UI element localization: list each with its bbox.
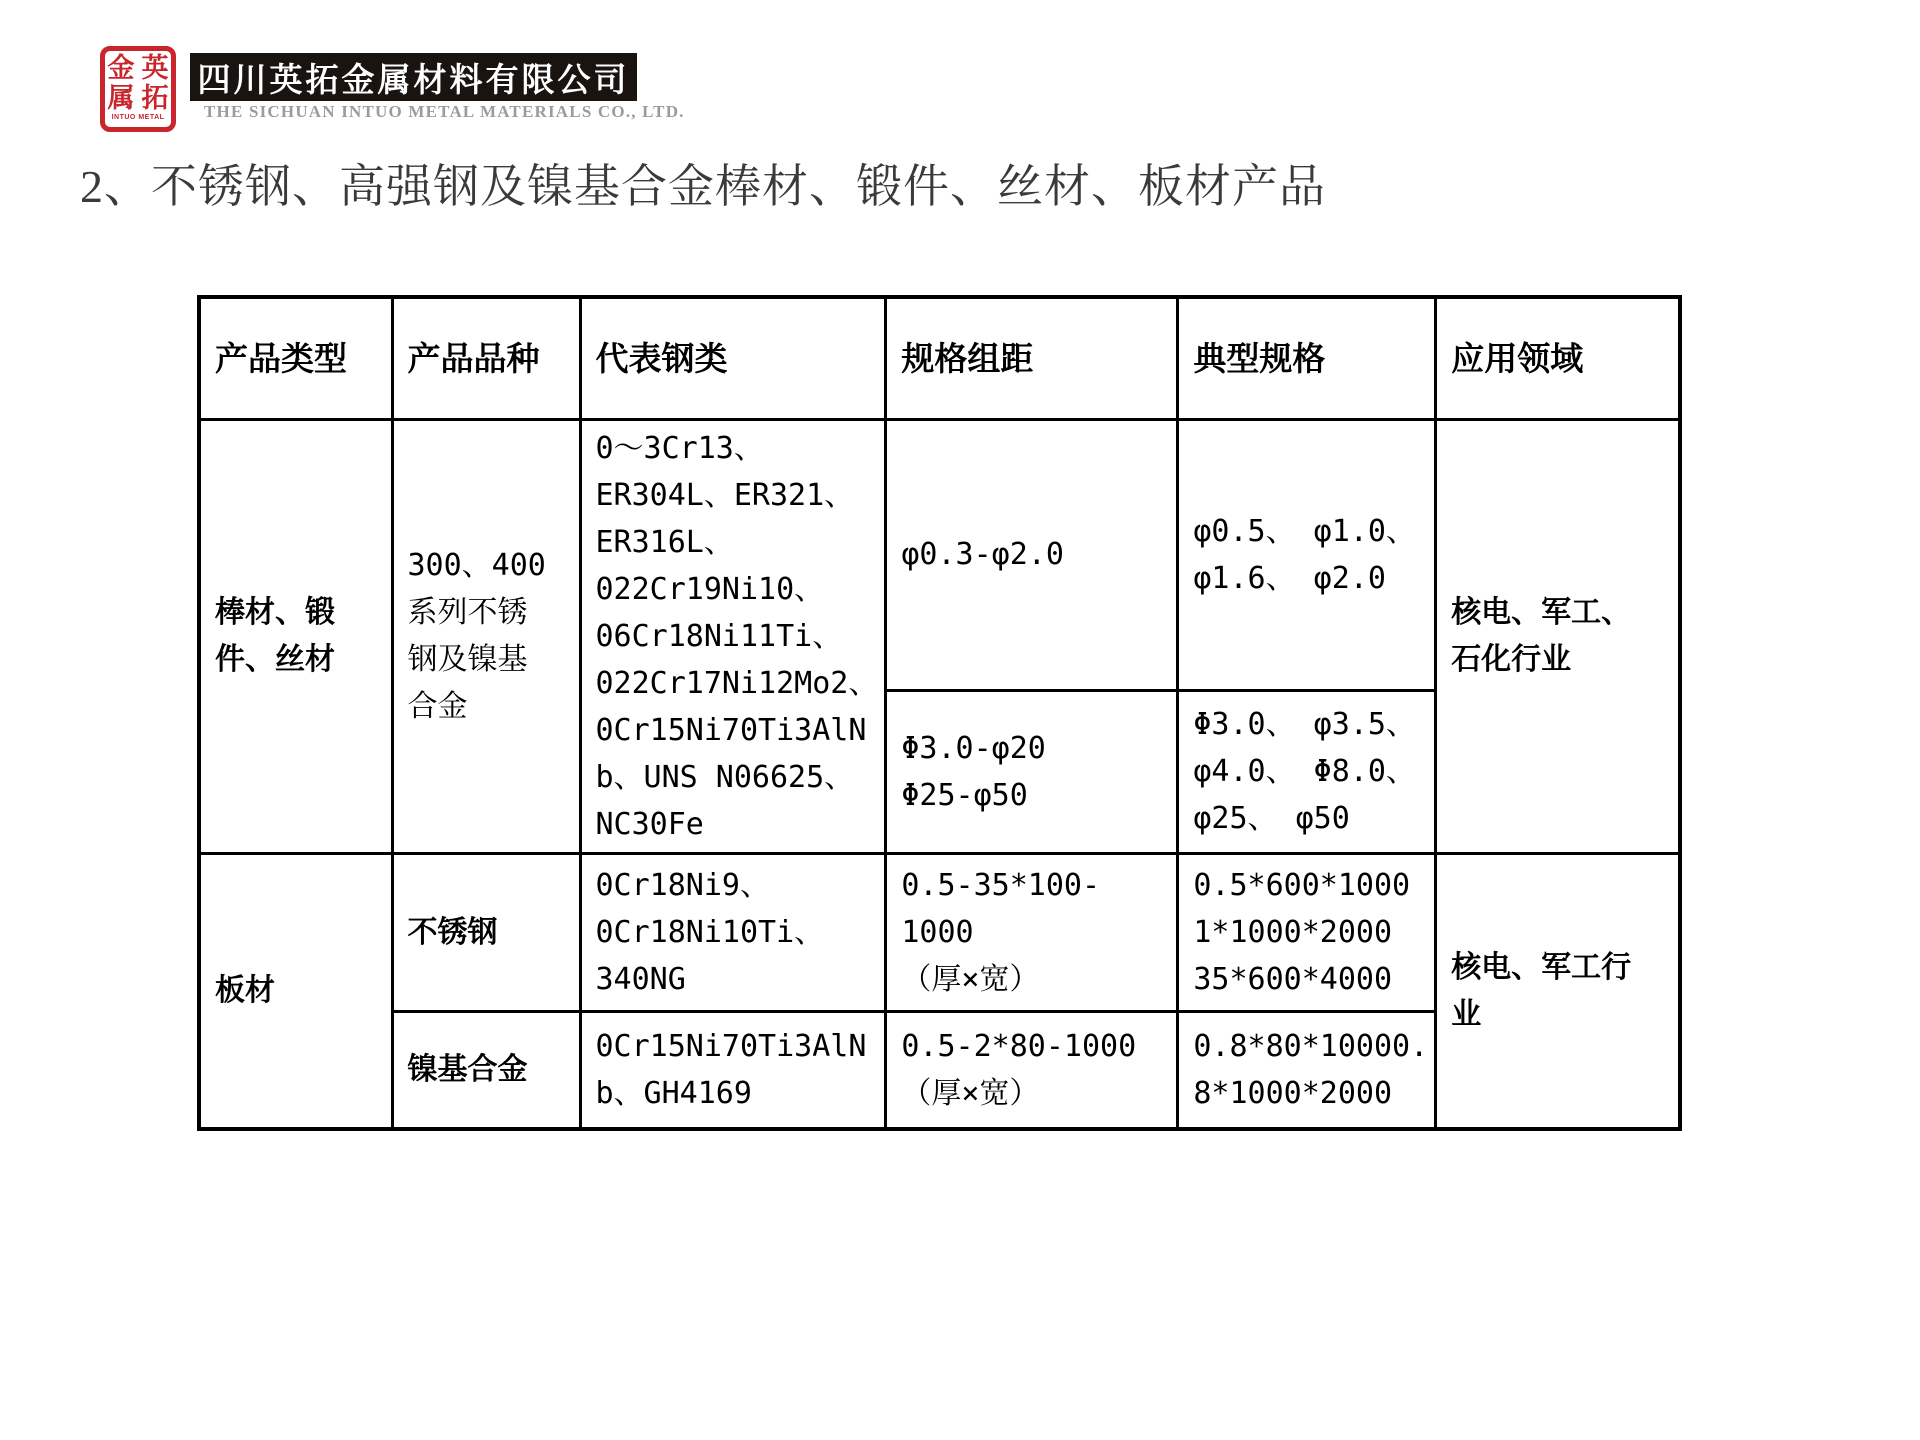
cell-row1-product-variety: 300、400 系列不锈 钢及镍基 合金 [392,419,580,853]
company-seal-logo: 金 英 属 拓 INTUO METAL [100,46,176,132]
header-steel-grades: 代表钢类 [580,297,886,419]
company-name-banner: 四川英拓金属材料有限公司 [190,53,637,101]
company-name-en: THE SICHUAN INTUO METAL MATERIALS CO., L… [204,102,644,122]
cell-row2a-spec-range: 0.5-35*100-1000 （厚×宽） [886,853,1178,1011]
cell-row1-typical-spec-a: φ0.5、 φ1.0、 φ1.6、 φ2.0 [1178,419,1436,691]
seal-char: 属 [104,83,138,113]
header-product-variety: 产品品种 [392,297,580,419]
cell-row2b-spec-range: 0.5-2*80-1000 （厚×宽） [886,1011,1178,1129]
cell-row1-spec-range-a: φ0.3-φ2.0 [886,419,1178,691]
seal-caption: INTUO METAL [112,114,165,121]
cell-row2a-typical-spec: 0.5*600*1000 1*1000*2000 35*600*4000 [1178,853,1436,1011]
table-row: 板材 不锈钢 0Cr18Ni9、 0Cr18Ni10Ti、 340NG 0.5-… [199,853,1680,1011]
cell-row1-spec-range-b: Φ3.0-φ20 Φ25-φ50 [886,691,1178,853]
table-header-row: 产品类型 产品品种 代表钢类 规格组距 典型规格 应用领域 [199,297,1680,419]
seal-char: 拓 [138,83,172,113]
cell-row2a-product-variety: 不锈钢 [392,853,580,1011]
table-row: 棒材、锻 件、丝材 300、400 系列不锈 钢及镍基 合金 0～3Cr13、 … [199,419,1680,691]
header-spec-range: 规格组距 [886,297,1178,419]
products-table-container: 产品类型 产品品种 代表钢类 规格组距 典型规格 应用领域 棒材、锻 件、丝材 … [197,295,1682,1131]
products-table: 产品类型 产品品种 代表钢类 规格组距 典型规格 应用领域 棒材、锻 件、丝材 … [197,295,1682,1131]
cell-row2-product-type: 板材 [199,853,392,1129]
cell-row2-application: 核电、军工行 业 [1436,853,1680,1129]
cell-row2a-steel-grades: 0Cr18Ni9、 0Cr18Ni10Ti、 340NG [580,853,886,1011]
page-title: 2、不锈钢、高强钢及镍基合金棒材、锻件、丝材、板材产品 [80,150,1780,216]
cell-row2b-steel-grades: 0Cr15Ni70Ti3AlN b、GH4169 [580,1011,886,1129]
company-name-cn: 四川英拓金属材料有限公司 [198,54,630,101]
header-typical-spec: 典型规格 [1178,297,1436,419]
header-product-type: 产品类型 [199,297,392,419]
header-application: 应用领域 [1436,297,1680,419]
seal-characters: 金 英 属 拓 [104,53,172,113]
seal-char: 金 [104,53,138,83]
cell-row1-typical-spec-b: Φ3.0、 φ3.5、 φ4.0、 Φ8.0、 φ25、 φ50 [1178,691,1436,853]
cell-row2b-product-variety: 镍基合金 [392,1011,580,1129]
cell-row1-application: 核电、军工、 石化行业 [1436,419,1680,853]
cell-row1-product-type: 棒材、锻 件、丝材 [199,419,392,853]
seal-char: 英 [138,53,172,83]
cell-row1-steel-grades: 0～3Cr13、 ER304L、ER321、 ER316L、 022Cr19Ni… [580,419,886,853]
cell-row2b-typical-spec: 0.8*80*10000. 8*1000*2000 [1178,1011,1436,1129]
